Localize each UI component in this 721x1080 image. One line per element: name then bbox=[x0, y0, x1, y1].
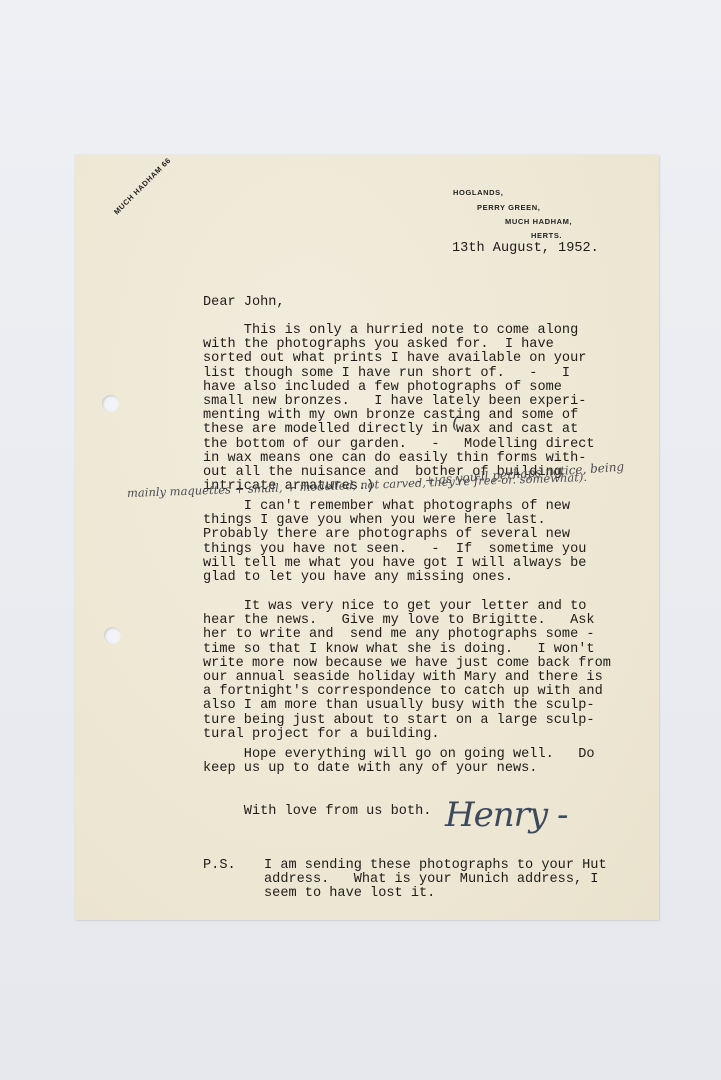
handwritten-bracket: ( bbox=[452, 413, 459, 433]
stamped-phone-number: MUCH HADHAM 66 bbox=[112, 156, 173, 217]
letterhead-line: MUCH HADHAM, bbox=[505, 217, 572, 226]
paragraph: I can't remember what photographs of new… bbox=[203, 500, 586, 585]
letter-date: 13th August, 1952. bbox=[452, 242, 599, 256]
letterhead-line: HOGLANDS, bbox=[453, 188, 503, 197]
greeting: Dear John, bbox=[203, 296, 285, 310]
postscript-label: P.S. bbox=[203, 859, 236, 873]
paragraph: Hope everything will go on going well. D… bbox=[203, 748, 595, 776]
punch-hole bbox=[104, 627, 121, 644]
letterhead-line: PERRY GREEN, bbox=[477, 203, 540, 212]
letter-page: MUCH HADHAM 66 HOGLANDS, PERRY GREEN, MU… bbox=[75, 155, 659, 920]
signature: Henry - bbox=[445, 795, 567, 835]
letterhead-line: HERTS. bbox=[531, 231, 562, 240]
paragraph: It was very nice to get your letter and … bbox=[203, 600, 611, 742]
postscript-body: I am sending these photographs to your H… bbox=[264, 859, 607, 902]
punch-hole bbox=[102, 395, 119, 412]
closing: With love from us both. bbox=[203, 805, 431, 819]
